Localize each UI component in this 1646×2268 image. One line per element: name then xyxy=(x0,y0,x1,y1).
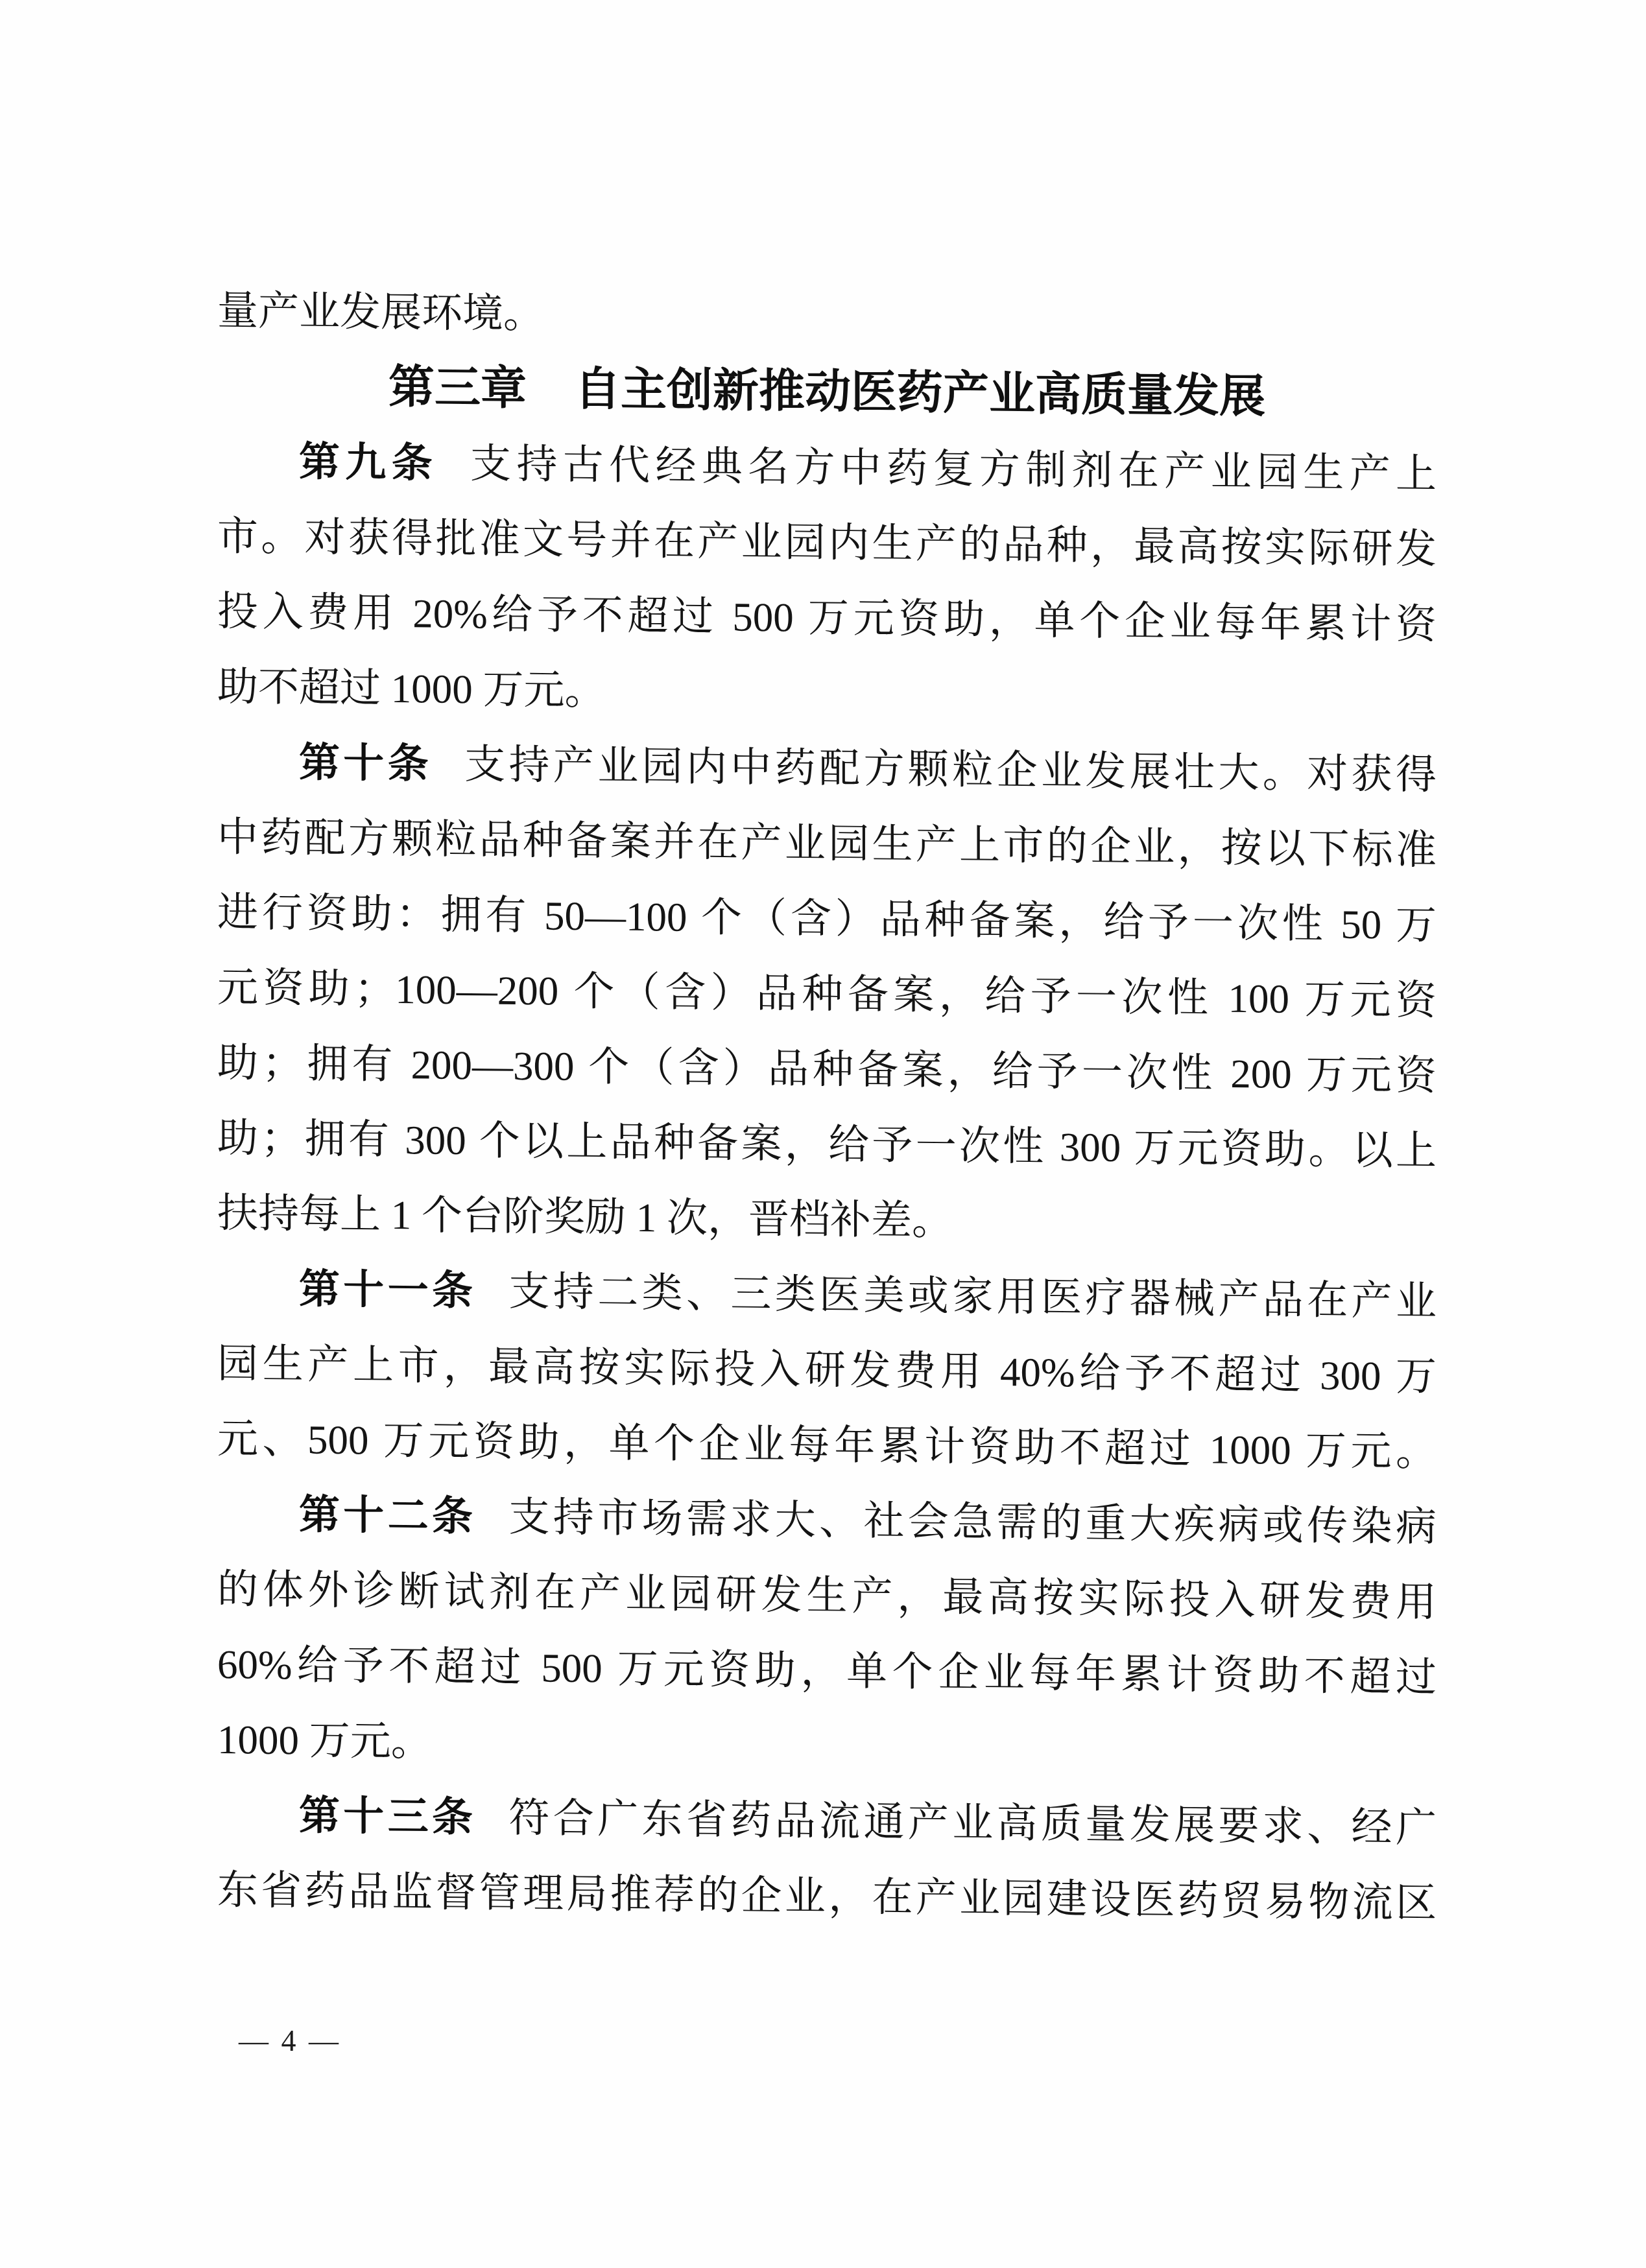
article-line: 元、500 万元资助，单个企业每年累计资助不超过 1000 万元。 xyxy=(217,1401,1437,1489)
chapter-title: 自主创新推动医药产业高质量发展 xyxy=(575,364,1265,423)
article-line: 第十条支持产业园内中药配方颗粒企业发展壮大。对获得 xyxy=(217,724,1437,812)
article-9: 第九条支持古代经典名方中药复方制剂在产业园生产上 市。对获得批准文号并在产业园内… xyxy=(217,423,1437,737)
article-11: 第十一条支持二类、三类医美或家用医疗器械产品在产业 园生产上市，最高按实际投入研… xyxy=(217,1251,1437,1489)
article-line: 东省药品监督管理局推荐的企业，在产业园建设医药贸易物流区 xyxy=(217,1852,1437,1941)
continuation-line: 量产业发展环境。 xyxy=(217,273,1437,361)
article-line: 市。对获得批准文号并在产业园内生产的品种，最高按实际研发 xyxy=(217,499,1437,587)
article-line: 中药配方颗粒品种备案并在产业园生产上市的企业，按以下标准 xyxy=(217,799,1437,888)
article-line-text: 符合广东省药品流通产业高质量发展要求、经广 xyxy=(509,1795,1437,1850)
article-line: 进行资助：拥有 50—100 个（含）品种备案，给予一次性 50 万 xyxy=(217,875,1437,963)
document-page: 量产业发展环境。 第三章自主创新推动医药产业高质量发展 第九条支持古代经典名方中… xyxy=(0,0,1646,2268)
article-12: 第十二条支持市场需求大、社会急需的重大疾病或传染病 的体外诊断试剂在产业园研发生… xyxy=(217,1476,1437,1790)
page-number: — 4 — xyxy=(239,2022,341,2061)
text-block: 量产业发展环境。 第三章自主创新推动医药产业高质量发展 第九条支持古代经典名方中… xyxy=(217,273,1437,1941)
article-13-label: 第十三条 xyxy=(299,1793,477,1840)
article-line-text: 支持古代经典名方中药复方制剂在产业园生产上 xyxy=(470,441,1437,497)
article-line: 助不超过 1000 万元。 xyxy=(217,649,1437,737)
article-line: 第十一条支持二类、三类医美或家用医疗器械产品在产业 xyxy=(217,1251,1437,1339)
article-line: 投入费用 20%给予不超过 500 万元资助，单个企业每年累计资 xyxy=(217,574,1437,662)
article-line: 扶持每上 1 个台阶奖励 1 次，晋档补差。 xyxy=(217,1175,1437,1264)
article-9-label: 第九条 xyxy=(299,439,438,486)
chapter-number: 第三章 xyxy=(388,362,527,414)
article-line: 第九条支持古代经典名方中药复方制剂在产业园生产上 xyxy=(217,423,1437,512)
article-12-label: 第十二条 xyxy=(299,1492,477,1539)
article-11-label: 第十一条 xyxy=(299,1266,477,1314)
article-line: 的体外诊断试剂在产业园研发生产，最高按实际投入研发费用 xyxy=(217,1552,1437,1640)
article-line-text: 支持产业园内中药配方颗粒企业发展壮大。对获得 xyxy=(464,742,1437,797)
article-13: 第十三条符合广东省药品流通产业高质量发展要求、经广 东省药品监督管理局推荐的企业… xyxy=(217,1777,1437,1941)
article-line: 元资助；100—200 个（含）品种备案，给予一次性 100 万元资 xyxy=(217,950,1437,1038)
article-line: 助；拥有 300 个以上品种备案，给予一次性 300 万元资助。以上 xyxy=(217,1100,1437,1188)
article-10-label: 第十条 xyxy=(299,740,432,786)
article-10: 第十条支持产业园内中药配方颗粒企业发展壮大。对获得 中药配方颗粒品种备案并在产业… xyxy=(217,724,1437,1264)
article-line: 园生产上市，最高按实际投入研发费用 40%给予不超过 300 万 xyxy=(217,1326,1437,1414)
article-line: 60%给予不超过 500 万元资助，单个企业每年累计资助不超过 xyxy=(217,1627,1437,1715)
article-line-text: 支持市场需求大、社会急需的重大疾病或传染病 xyxy=(509,1494,1437,1550)
chapter-heading: 第三章自主创新推动医药产业高质量发展 xyxy=(217,348,1437,436)
article-line: 1000 万元。 xyxy=(217,1702,1437,1790)
article-line: 第十三条符合广东省药品流通产业高质量发展要求、经广 xyxy=(217,1777,1437,1865)
article-line-text: 支持二类、三类医美或家用医疗器械产品在产业 xyxy=(509,1269,1437,1324)
article-line: 第十二条支持市场需求大、社会急需的重大疾病或传染病 xyxy=(217,1476,1437,1565)
article-line: 助；拥有 200—300 个（含）品种备案，给予一次性 200 万元资 xyxy=(217,1025,1437,1113)
